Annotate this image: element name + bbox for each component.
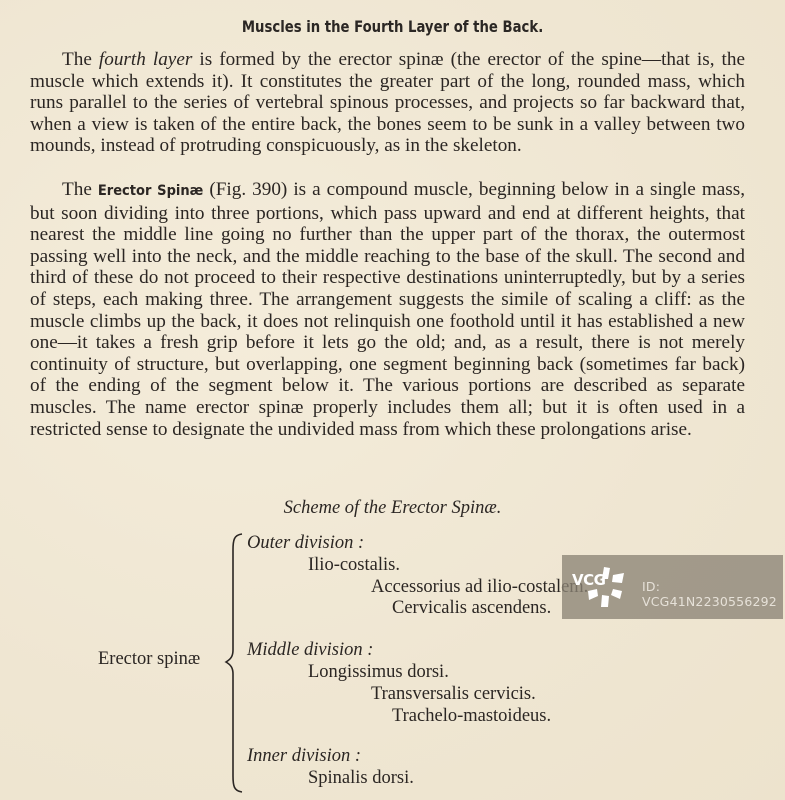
inner-division-label: Inner division : <box>247 746 361 767</box>
muscle-longissimus-dorsi: Longissimus dorsi. <box>308 662 449 683</box>
scheme-root-label: Erector spinæ <box>98 649 200 670</box>
erector-spinae-scheme: Erector spinæ Outer division : Ilio-cost… <box>0 0 785 800</box>
curly-brace-icon <box>222 532 244 794</box>
middle-division-label: Middle division : <box>247 640 373 661</box>
muscle-ilio-costalis: Ilio-costalis. <box>308 555 400 576</box>
muscle-trachelo-mastoideus: Trachelo-mastoideus. <box>392 706 551 727</box>
muscle-transversalis-cervicis: Transversalis cervicis. <box>371 684 536 705</box>
watermark-id: ID: VCG41N2230556292 <box>642 579 783 609</box>
outer-division-label: Outer division : <box>247 533 364 554</box>
muscle-accessorius: Accessorius ad ilio-costalem. <box>371 577 588 598</box>
muscle-spinalis-dorsi: Spinalis dorsi. <box>308 768 414 789</box>
muscle-cervicalis-ascendens: Cervicalis ascendens. <box>392 598 551 619</box>
watermark-logo-text: VCG <box>572 571 605 589</box>
document-page: Muscles in the Fourth Layer of the Back.… <box>0 0 785 800</box>
watermark-overlay: VCG ID: VCG41N2230556292 <box>562 555 783 619</box>
